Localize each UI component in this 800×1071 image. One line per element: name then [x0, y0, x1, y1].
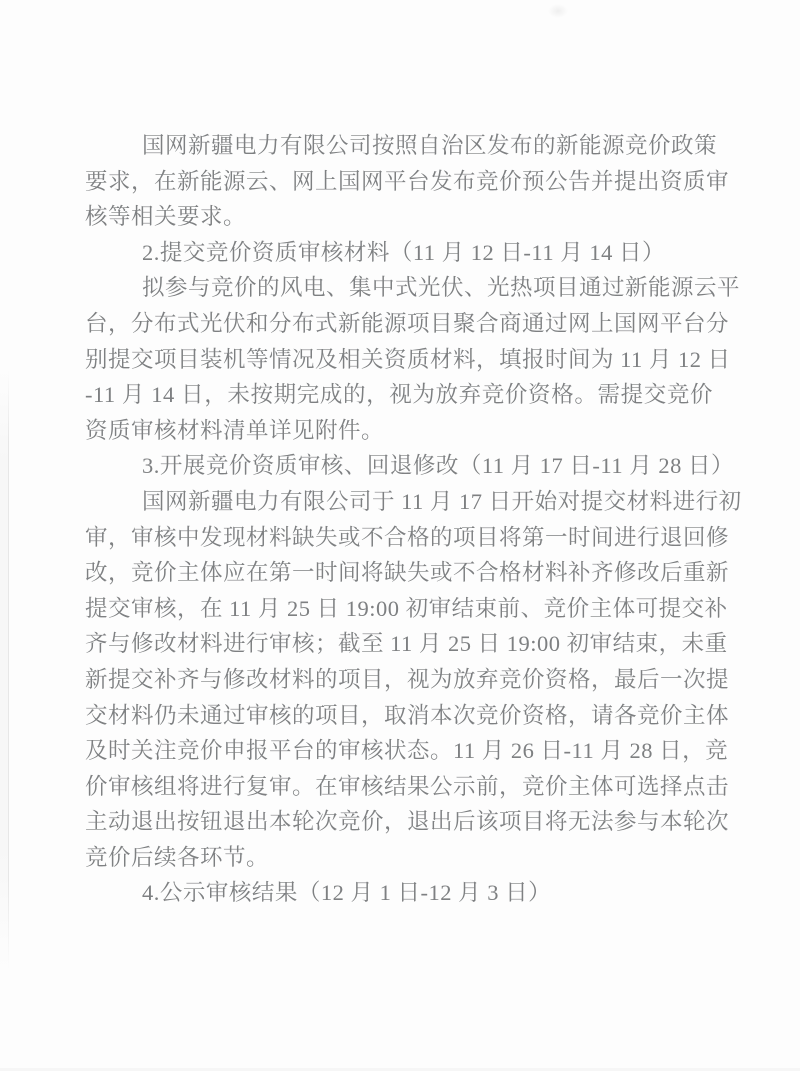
scan-smudge-artifact: [548, 4, 568, 18]
text-line: 交材料仍未通过审核的项目，取消本次竞价资格，请各竞价主体: [85, 698, 713, 734]
text-line: 提交审核，在 11 月 25 日 19:00 初审结束前、竞价主体可提交补: [85, 591, 713, 627]
text-line: 新提交补齐与修改材料的项目，视为放弃竞价资格，最后一次提: [85, 662, 713, 698]
text-line: 台，分布式光伏和分布式新能源项目聚合商通过网上国网平台分: [85, 306, 713, 342]
scan-left-edge-line: [8, 370, 9, 970]
text-line: 别提交项目装机等情况及相关资质材料，填报时间为 11 月 12 日: [85, 342, 713, 378]
text-line: 价审核组将进行复审。在审核结果公示前，竞价主体可选择点击: [85, 769, 713, 805]
scan-left-edge-shadow: [0, 370, 8, 970]
heading-line: 3.开展竞价资质审核、回退修改（11 月 17 日-11 月 28 日）: [85, 448, 713, 484]
text-line: 主动退出按钮退出本轮次竞价，退出后该项目将无法参与本轮次: [85, 804, 713, 840]
text-line: 拟参与竞价的风电、集中式光伏、光热项目通过新能源云平: [85, 270, 713, 306]
text-line: 齐与修改材料进行审核；截至 11 月 25 日 19:00 初审结束，未重: [85, 626, 713, 662]
text-line: 要求，在新能源云、网上国网平台发布竞价预公告并提出资质审: [85, 164, 713, 200]
text-line: 竞价后续各环节。: [85, 840, 713, 876]
text-line: 审，审核中发现材料缺失或不合格的项目将第一时间进行退回修: [85, 520, 713, 556]
heading-line: 4.公示审核结果（12 月 1 日-12 月 3 日）: [85, 875, 713, 911]
text-line: 国网新疆电力有限公司于 11 月 17 日开始对提交材料进行初: [85, 484, 713, 520]
text-line: 改，竞价主体应在第一时间将缺失或不合格材料补齐修改后重新: [85, 555, 713, 591]
text-line: -11 月 14 日，未按期完成的，视为放弃竞价资格。需提交竞价: [85, 377, 713, 413]
document-body: 国网新疆电力有限公司按照自治区发布的新能源竞价政策要求，在新能源云、网上国网平台…: [85, 128, 713, 911]
text-line: 国网新疆电力有限公司按照自治区发布的新能源竞价政策: [85, 128, 713, 164]
text-line: 核等相关要求。: [85, 199, 713, 235]
text-line: 资质审核材料清单详见附件。: [85, 413, 713, 449]
heading-line: 2.提交竞价资质审核材料（11 月 12 日-11 月 14 日）: [85, 235, 713, 271]
text-line: 及时关注竞价申报平台的审核状态。11 月 26 日-11 月 28 日，竞: [85, 733, 713, 769]
scanned-document-page: 国网新疆电力有限公司按照自治区发布的新能源竞价政策要求，在新能源云、网上国网平台…: [0, 0, 800, 1071]
